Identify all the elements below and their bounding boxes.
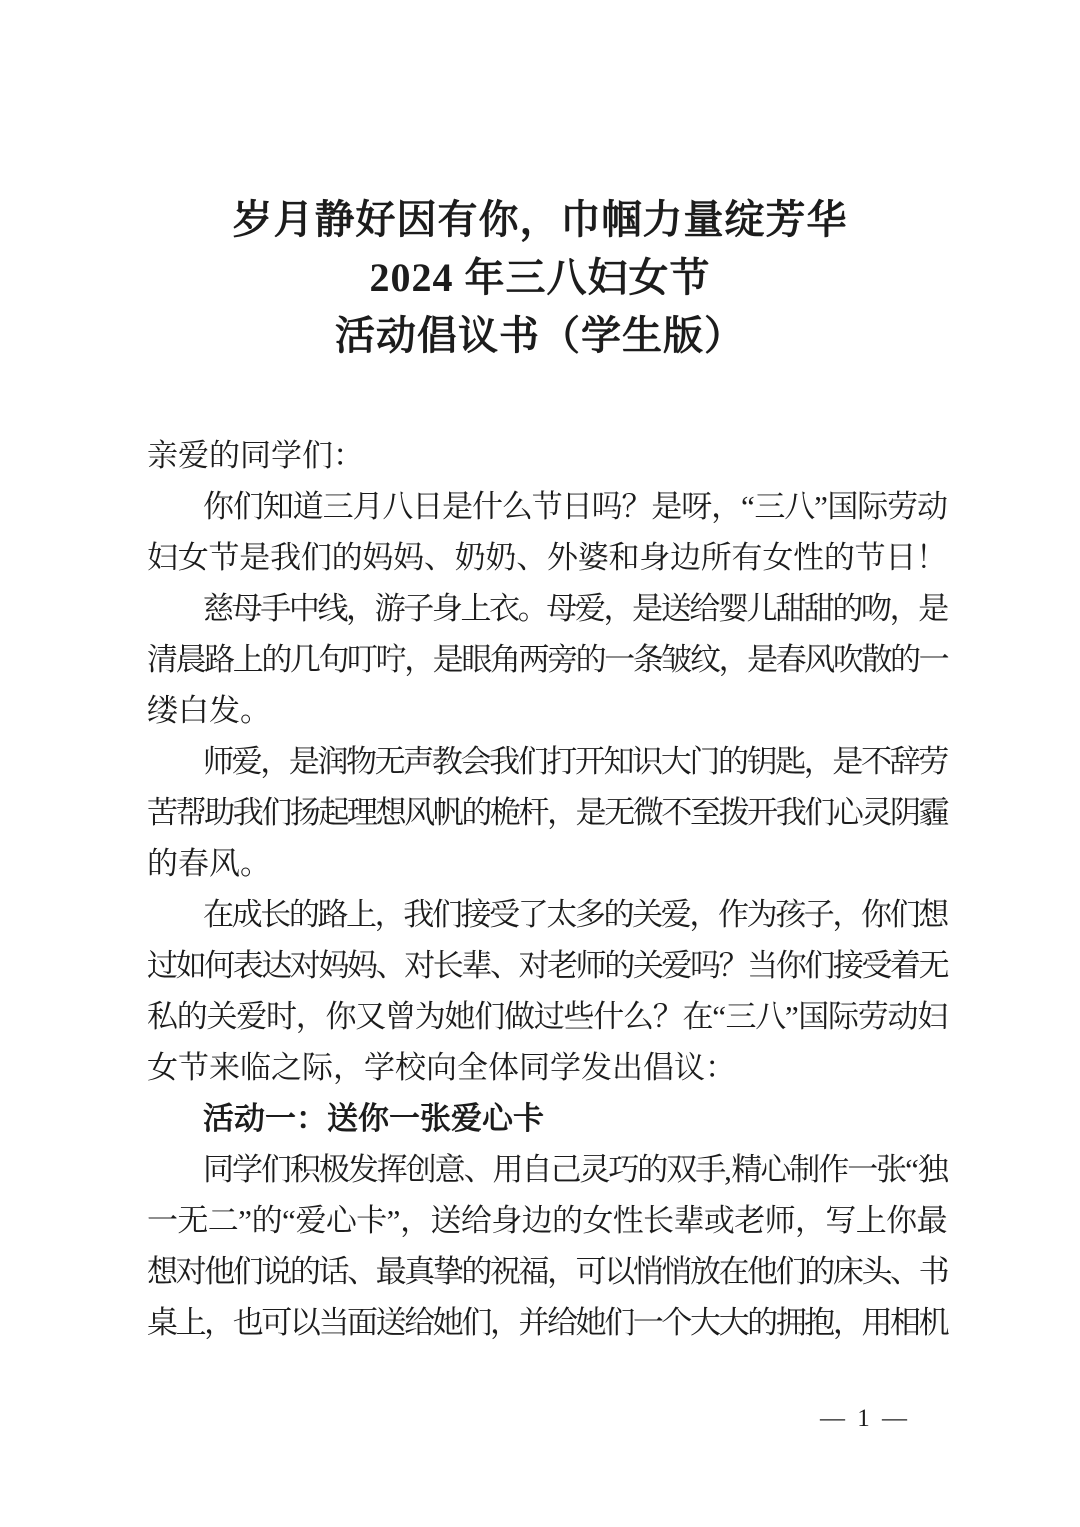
body-line: 活动一：送你一张爱心卡	[147, 1093, 947, 1144]
body-line: 清晨路上的几句叮咛，是眼角两旁的一条皱纹，是春风吹散的一	[147, 634, 947, 685]
body-line: 私的关爱时，你又曾为她们做过些什么？在“三八”国际劳动妇	[147, 991, 947, 1042]
document-page: 岁月静好因有你，巾帼力量绽芳华 2024 年三八妇女节 活动倡议书（学生版） 亲…	[0, 0, 1080, 1527]
body-line: 苦帮助我们扬起理想风帆的桅杆，是无微不至拨开我们心灵阴霾	[147, 787, 947, 838]
document-body: 亲爱的同学们：你们知道三月八日是什么节日吗？是呀，“三八”国际劳动妇女节是我们的…	[147, 430, 947, 1348]
body-line: 想对他们说的话、最真挚的祝福，可以悄悄放在他们的床头、书	[147, 1246, 947, 1297]
body-line: 女节来临之际，学校向全体同学发出倡议：	[147, 1042, 947, 1093]
body-line: 慈母手中线，游子身上衣。母爱，是送给婴儿甜甜的吻，是	[147, 583, 947, 634]
body-line: 缕白发。	[147, 685, 947, 736]
body-line: 过如何表达对妈妈、对长辈、对老师的关爱吗？当你们接受着无	[147, 940, 947, 991]
body-line: 你们知道三月八日是什么节日吗？是呀，“三八”国际劳动	[147, 481, 947, 532]
body-line: 的春风。	[147, 838, 947, 889]
body-line: 亲爱的同学们：	[147, 430, 947, 481]
title-line-1: 岁月静好因有你，巾帼力量绽芳华	[0, 191, 1080, 249]
document-title: 岁月静好因有你，巾帼力量绽芳华 2024 年三八妇女节 活动倡议书（学生版）	[0, 191, 1080, 365]
title-line-3: 活动倡议书（学生版）	[0, 307, 1080, 365]
title-line-2: 2024 年三八妇女节	[0, 249, 1080, 307]
body-line: 师爱，是润物无声教会我们打开知识大门的钥匙，是不辞劳	[147, 736, 947, 787]
body-line: 同学们积极发挥创意、用自己灵巧的双手,精心制作一张“独	[147, 1144, 947, 1195]
body-line: 妇女节是我们的妈妈、奶奶、外婆和身边所有女性的节日！	[147, 532, 947, 583]
body-line: 在成长的路上，我们接受了太多的关爱，作为孩子，你们想	[147, 889, 947, 940]
body-line: 桌上，也可以当面送给她们，并给她们一个大大的拥抱，用相机	[147, 1297, 947, 1348]
page-number: — 1 —	[806, 1402, 924, 1436]
body-line: 一无二”的“爱心卡”，送给身边的女性长辈或老师，写上你最	[147, 1195, 947, 1246]
